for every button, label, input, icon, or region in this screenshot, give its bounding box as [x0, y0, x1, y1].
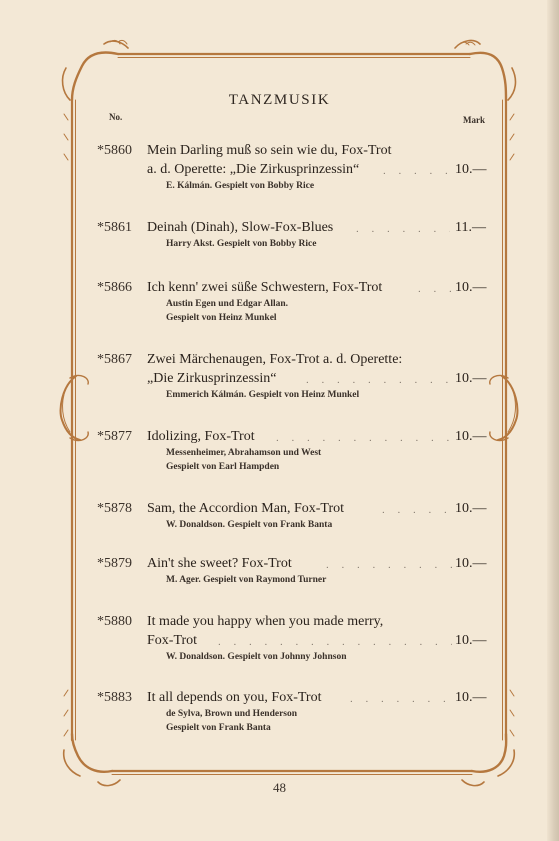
record-number: *5867	[97, 352, 132, 368]
entry-price: 10.—	[455, 633, 487, 649]
column-header-price: Mark	[463, 115, 485, 125]
entry-price: 10.—	[455, 690, 487, 706]
entry-credit: Harry Akst. Gespielt von Bobby Rice	[166, 239, 316, 249]
leader-dots: . . . . . . . . . . . . . . . . . . . . …	[218, 636, 452, 648]
column-header-number: No.	[109, 112, 122, 122]
entry-credit: Austin Egen und Edgar Allan.	[166, 299, 288, 309]
leader-dots: . . . .	[418, 283, 452, 295]
leader-dots: . . . . . . . . . . . . . . . . . . .	[276, 432, 452, 444]
record-number: *5866	[97, 280, 132, 296]
entry-credit: M. Ager. Gespielt von Raymond Turner	[166, 575, 326, 585]
entry-title-line: Idolizing, Fox-Trot	[147, 429, 255, 445]
record-number: *5861	[97, 220, 132, 236]
entry-title-line: Mein Darling muß so sein wie du, Fox-Tro…	[147, 143, 391, 159]
entry-price: 11.—	[455, 220, 486, 236]
record-number: *5879	[97, 556, 132, 572]
page-number: 48	[0, 780, 559, 796]
entry-title-line: It made you happy when you made merry,	[147, 614, 383, 630]
page-title: TANZMUSIK	[0, 92, 559, 109]
entry-price: 10.—	[455, 556, 487, 572]
entry-price: 10.—	[455, 429, 487, 445]
entry-title-line: Ain't she sweet? Fox-Trot	[147, 556, 292, 572]
entry-credit: Gespielt von Heinz Munkel	[166, 313, 277, 323]
entry-title-line: It all depends on you, Fox-Trot	[147, 690, 321, 706]
entry-title-line: Zwei Märchenaugen, Fox-Trot a. d. Operet…	[147, 352, 402, 368]
entry-price: 10.—	[455, 371, 487, 387]
entry-credit: W. Donaldson. Gespielt von Frank Banta	[166, 520, 332, 530]
leader-dots: . . . . . . . .	[382, 504, 452, 516]
catalog-page: TANZMUSIK No. Mark *5860 Mein Darling mu…	[0, 0, 559, 841]
record-number: *5860	[97, 143, 132, 159]
entry-price: 10.—	[455, 501, 487, 517]
entry-price: 10.—	[455, 280, 487, 296]
entry-title-line: Ich kenn' zwei süße Schwestern, Fox-Trot	[147, 280, 382, 296]
entry-title-line: Deinah (Dinah), Slow-Fox-Blues	[147, 220, 333, 236]
entry-credit: Gespielt von Earl Hampden	[166, 462, 279, 472]
entry-credit: de Sylva, Brown und Henderson	[166, 709, 297, 719]
entry-credit: Emmerich Kálmán. Gespielt von Heinz Munk…	[166, 390, 359, 400]
entry-credit: Messenheimer, Abrahamson und West	[166, 448, 321, 458]
leader-dots: . . . . . . . . . . .	[350, 693, 452, 705]
leader-dots: . . . . . . . . . . . . . . . .	[306, 374, 452, 386]
record-number: *5878	[97, 501, 132, 517]
entry-title-line: „Die Zirkusprinzessin“	[147, 371, 276, 387]
record-number: *5883	[97, 690, 132, 706]
record-number: *5877	[97, 429, 132, 445]
entry-title-line: Fox-Trot	[147, 633, 197, 649]
entry-credit: W. Donaldson. Gespielt von Johnny Johnso…	[166, 652, 346, 662]
leader-dots: . . . . . . . .	[383, 165, 451, 177]
entry-title-line: a. d. Operette: „Die Zirkusprinzessin“	[147, 162, 359, 178]
entry-title-line: Sam, the Accordion Man, Fox-Trot	[147, 501, 344, 517]
entry-price: 10.—	[455, 162, 487, 178]
entry-credit: Gespielt von Frank Banta	[166, 723, 271, 733]
entry-credit: E. Kálmán. Gespielt von Bobby Rice	[166, 181, 314, 191]
leader-dots: . . . . . . . . . . . . . .	[326, 559, 452, 571]
leader-dots: . . . . . . . . . .	[356, 223, 450, 235]
record-number: *5880	[97, 614, 132, 630]
